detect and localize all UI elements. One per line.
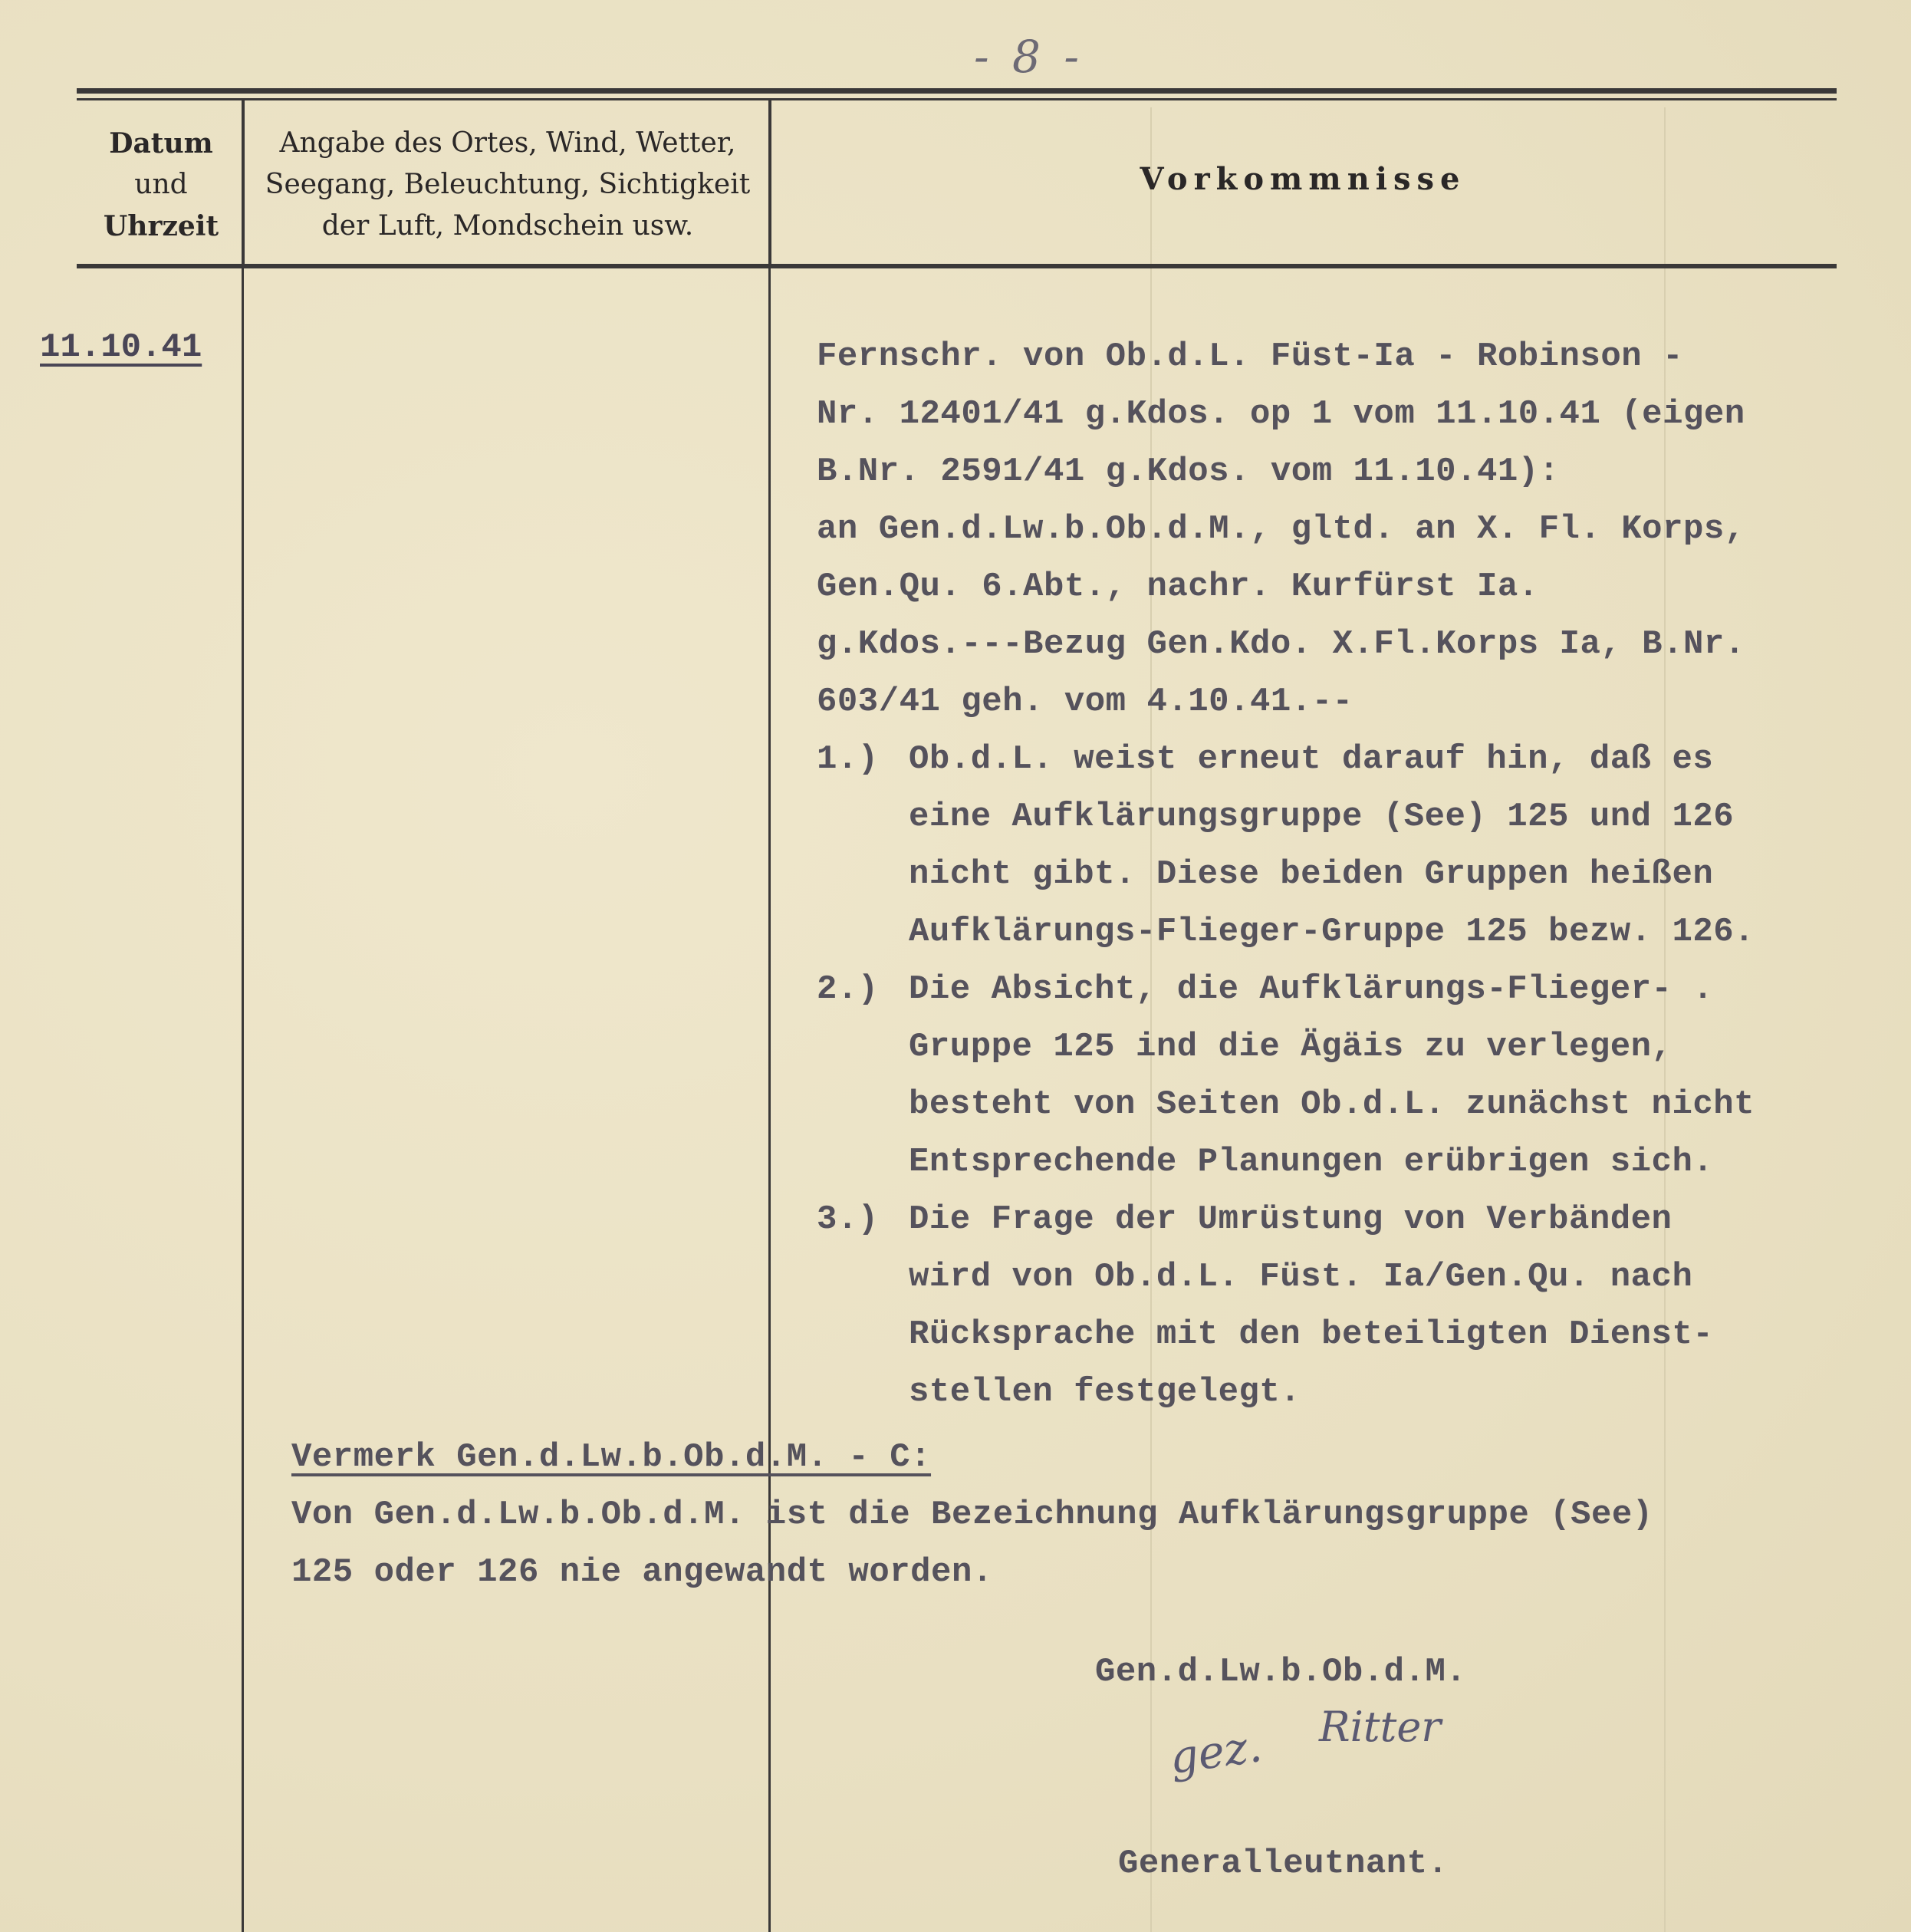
column-divider-1: [242, 268, 244, 1932]
text-line: nicht gibt. Diese beiden Gruppen heißen: [909, 855, 1713, 894]
text-line: eine Aufklärungsgruppe (See) 125 und 126: [909, 798, 1734, 836]
text-line: 603/41 geh. vom 4.10.41.--: [817, 683, 1353, 721]
vermerk-line: Von Gen.d.Lw.b.Ob.d.M. ist die Bezeichnu…: [291, 1496, 1653, 1534]
vermerk-line: 125 oder 126 nie angewandt worden.: [291, 1553, 993, 1591]
entry-date: 11.10.41: [40, 328, 202, 367]
text-line: Gen.Qu. 6.Abt., nachr. Kurfürst Ia.: [817, 568, 1539, 606]
top-rule-thin: [77, 98, 1837, 100]
column-divider-1-header: [242, 100, 245, 264]
signature-office: Gen.d.Lw.b.Ob.d.M.: [1095, 1653, 1466, 1691]
column-divider-2: [768, 268, 771, 1932]
header-date-line: Uhrzeit: [84, 206, 238, 247]
item-number: 1.): [817, 740, 879, 778]
bleed-through-line: [1664, 107, 1666, 1932]
header-date-line: und: [84, 164, 238, 206]
text-line: Fernschr. von Ob.d.L. Füst-Ia - Robinson…: [817, 337, 1683, 376]
text-line: Rücksprache mit den beteiligten Dienst-: [909, 1315, 1713, 1354]
text-line: Gruppe 125 ind die Ägäis zu verlegen,: [909, 1028, 1672, 1066]
text-line: Die Frage der Umrüstung von Verbänden: [909, 1200, 1672, 1239]
top-rule-thick: [77, 88, 1837, 94]
item-number: 2.): [817, 970, 879, 1009]
header-place-line: Angabe des Ortes, Wind, Wetter,: [247, 123, 768, 164]
item-number: 3.): [817, 1200, 879, 1239]
header-place-column: Angabe des Ortes, Wind, Wetter, Seegang,…: [247, 123, 768, 247]
signature-rank: Generalleutnant.: [1118, 1845, 1448, 1883]
header-date-line: Datum: [84, 123, 238, 164]
text-line: Ob.d.L. weist erneut darauf hin, daß es: [909, 740, 1713, 778]
text-line: B.Nr. 2591/41 g.Kdos. vom 11.10.41):: [817, 453, 1560, 491]
header-bottom-rule: [77, 264, 1837, 268]
text-line: Die Absicht, die Aufklärungs-Flieger- .: [909, 970, 1713, 1009]
text-line: wird von Ob.d.L. Füst. Ia/Gen.Qu. nach: [909, 1258, 1692, 1296]
header-events-column: Vorkommnisse: [770, 161, 1836, 197]
paper-background: [0, 0, 1911, 1932]
header-date-column: Datum und Uhrzeit: [84, 123, 238, 247]
text-line: stellen festgelegt.: [909, 1373, 1301, 1411]
header-place-line: der Luft, Mondschein usw.: [247, 206, 768, 247]
header-place-line: Seegang, Beleuchtung, Sichtigkeit: [247, 164, 768, 206]
text-line: an Gen.d.Lw.b.Ob.d.M., gltd. an X. Fl. K…: [817, 510, 1745, 548]
vermerk-title: Vermerk Gen.d.Lw.b.Ob.d.M. - C:: [291, 1438, 931, 1476]
text-line: Aufklärungs-Flieger-Gruppe 125 bezw. 126…: [909, 913, 1755, 951]
text-line: besteht von Seiten Ob.d.L. zunächst nich…: [909, 1085, 1755, 1124]
page-number: - 8 -: [974, 31, 1084, 83]
text-line: g.Kdos.---Bezug Gen.Kdo. X.Fl.Korps Ia, …: [817, 625, 1745, 663]
text-line: Entsprechende Planungen erübrigen sich.: [909, 1143, 1713, 1181]
signature-name: Ritter: [1319, 1703, 1441, 1751]
text-line: Nr. 12401/41 g.Kdos. op 1 vom 11.10.41 (…: [817, 395, 1745, 433]
